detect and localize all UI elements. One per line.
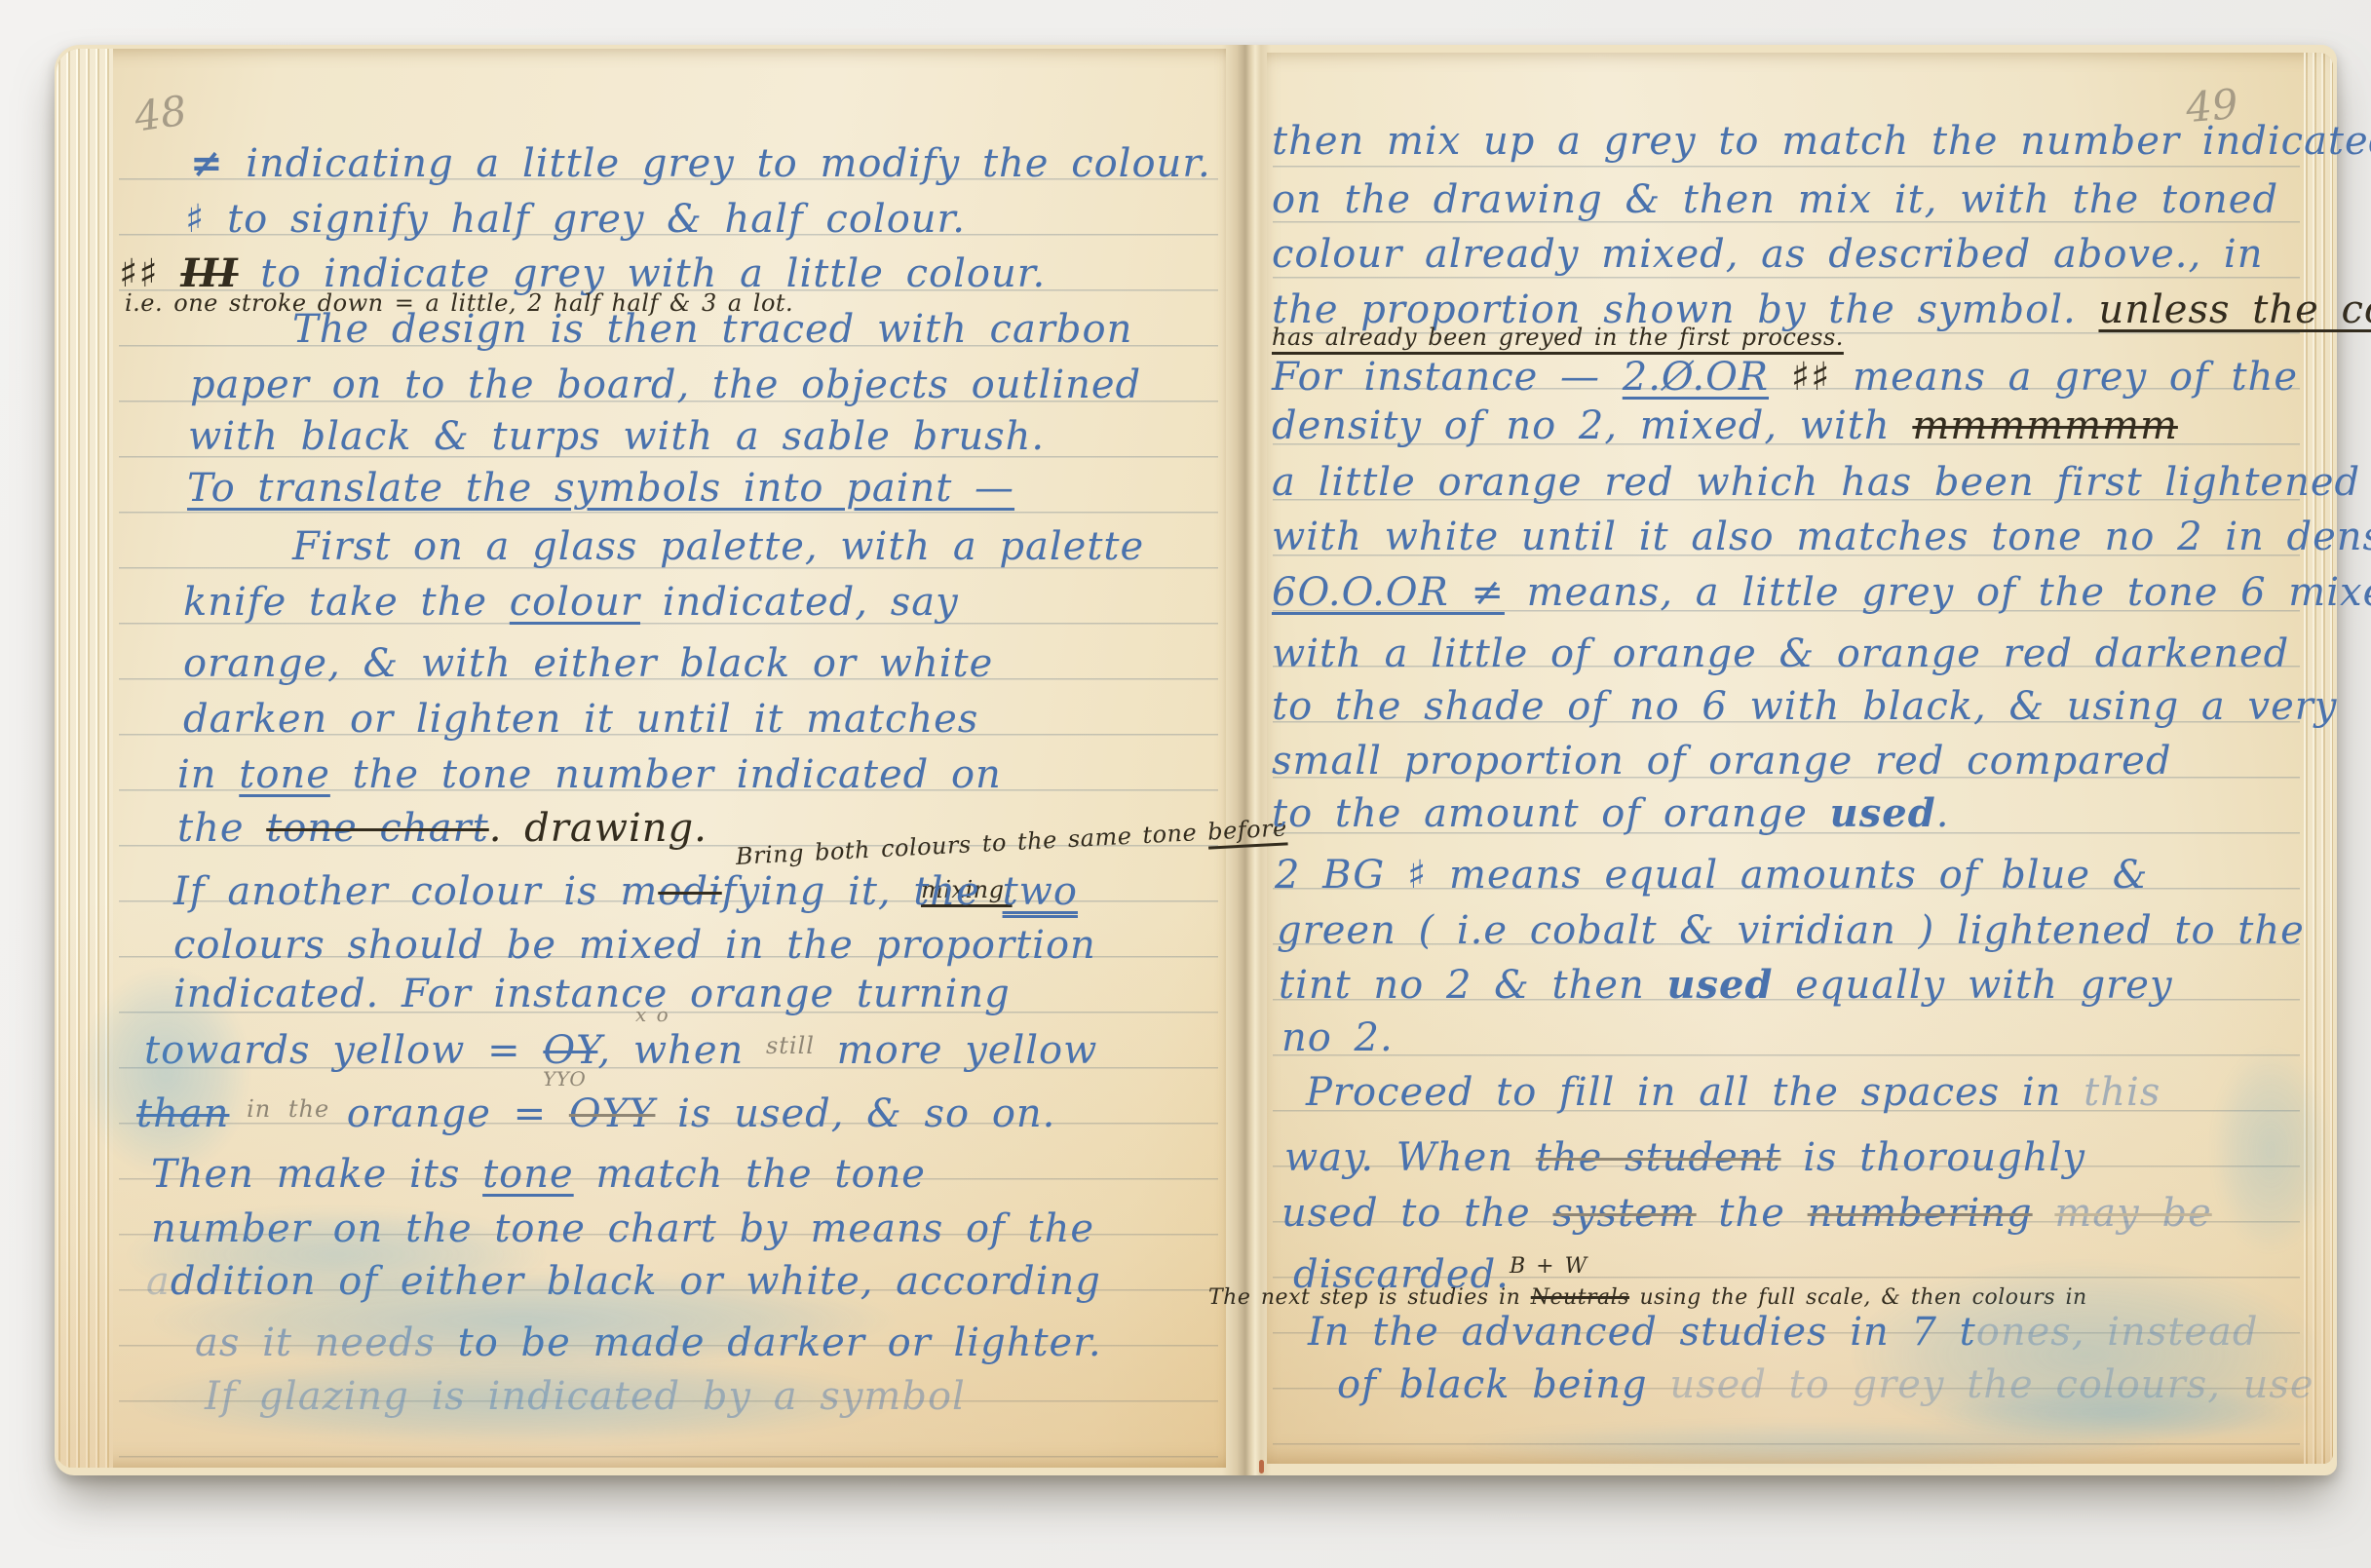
ruled-lines-left (119, 178, 1218, 1467)
ink-drip (1259, 1460, 1264, 1473)
page-number-left: 48 (132, 87, 190, 141)
binding-gutter (1222, 45, 1271, 1475)
page-stack-edge-right (2304, 53, 2333, 1464)
page-right: 49 (1267, 53, 2333, 1464)
photo-backdrop: 48 49 ≠ indicating a little grey to modi… (0, 0, 2371, 1568)
ruled-lines-right (1273, 166, 2300, 1462)
page-stack-edge-left (57, 49, 113, 1468)
page-left: 48 (57, 49, 1226, 1468)
open-notebook: 48 49 (55, 45, 2337, 1475)
page-number-right: 49 (2184, 80, 2240, 132)
